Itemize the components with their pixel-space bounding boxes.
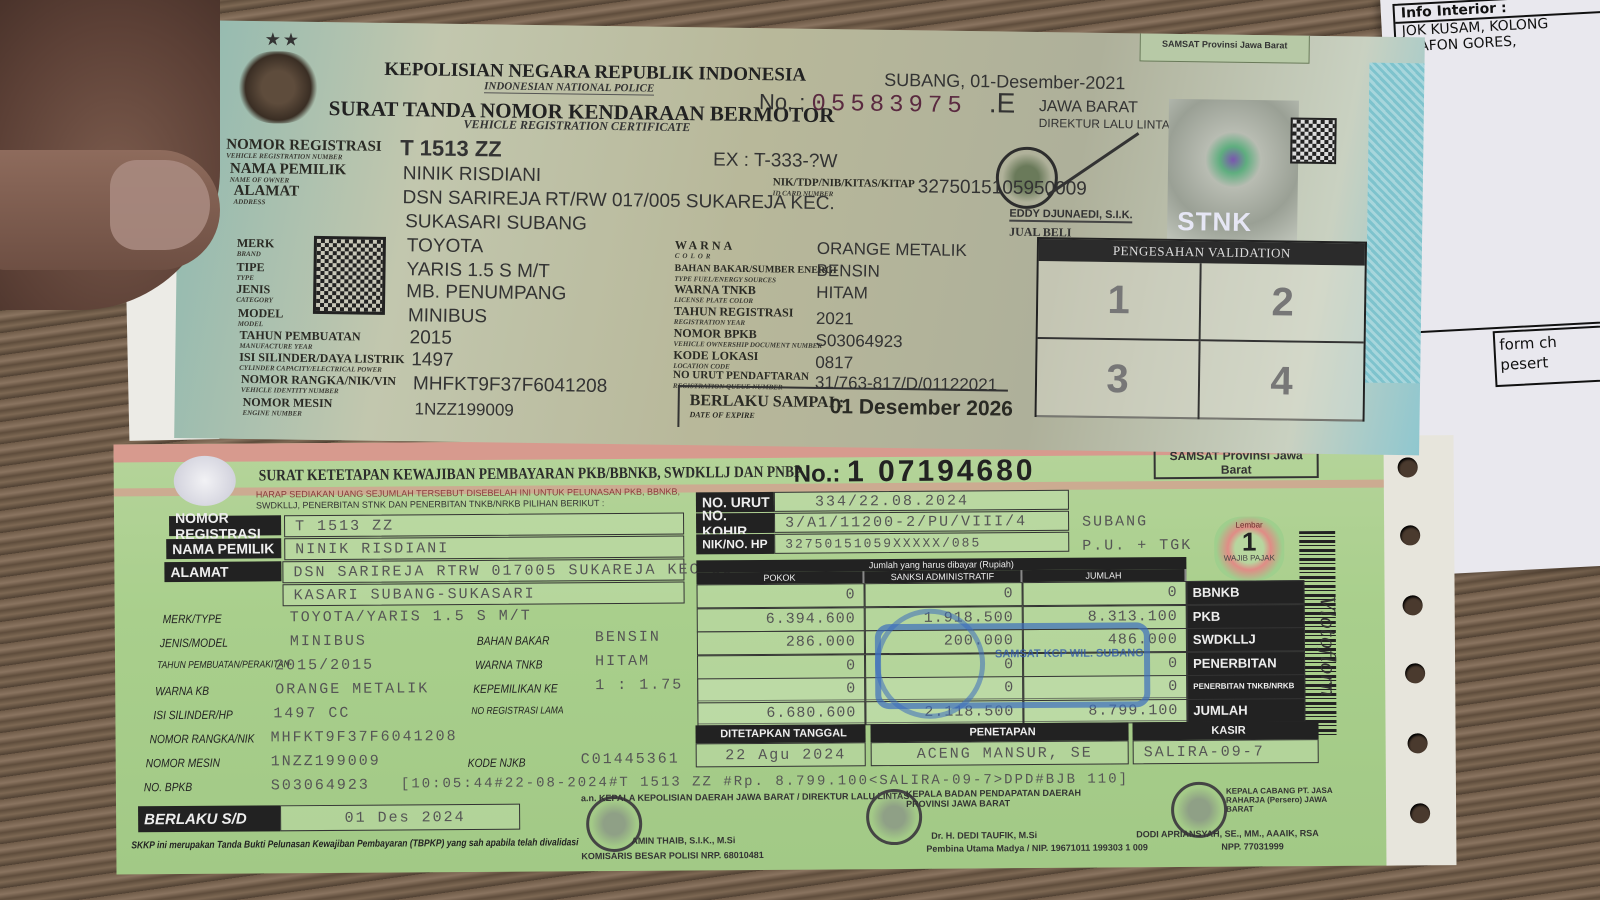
field-label: NOMOR REGISTRASI	[169, 515, 281, 536]
field-label: MERKBRAND	[237, 237, 275, 259]
plate-color-value: HITAM	[816, 283, 868, 304]
signer-name: EDDY DJUNAEDI, S.I.K.	[1009, 208, 1132, 224]
field-label: ISI SILINDER/DAYA LISTRIKCYLINDER CAPACI…	[239, 351, 404, 374]
signatory-title: a.n. KEPALA KEPOLISIAN DAERAH JAWA BARAT…	[581, 791, 909, 803]
validation-cell: 2	[1201, 263, 1365, 343]
cashier-code: SALIRA-09-7	[1133, 739, 1319, 764]
perforation-hole	[1405, 663, 1425, 683]
detail-value: S03064923	[271, 777, 370, 795]
detail-value: 1NZZ199009	[271, 753, 381, 771]
payment-row: 000BBNKB	[697, 581, 1197, 608]
field-label: NAMA PEMILIK	[166, 538, 281, 559]
detail-value: HITAM	[595, 653, 650, 670]
detail-label: NOMOR MESIN	[146, 756, 220, 771]
queue-number: 334/22.08.2024	[774, 490, 1069, 512]
detail-value: C01445361	[581, 751, 680, 769]
field-label: NAMA PEMILIKNAME OF OWNER	[230, 163, 347, 186]
address-line-2: KASARI SUBANG-SUKASARI	[282, 581, 684, 606]
signatory-name: Dr. H. DEDI TAUFIK, M.Si	[931, 830, 1037, 841]
footnote: SKKP ini merupakan Tanda Bukti Pelunasan…	[131, 837, 578, 851]
field-label: ALAMATADDRESS	[233, 185, 299, 207]
payment-pokok: 6.394.600	[697, 607, 865, 632]
qr-code-icon	[1290, 118, 1337, 165]
ex-plate: EX : T-333-?W	[713, 149, 838, 173]
field-label: BERLAKU S/D	[138, 805, 280, 832]
field-label: NOMOR REGISTRASIVEHICLE REGISTRATION NUM…	[226, 139, 382, 162]
category-value: MB. PENUMPANG	[406, 281, 566, 305]
payment-sanksi: 0	[865, 582, 1023, 607]
field-label: TAHUN REGISTRASIREGISTRATION YEAR	[674, 305, 794, 328]
cylinder-value: 1497	[411, 349, 454, 372]
field-label: TAHUN PEMBUATANMANUFACTURE YEAR	[239, 329, 360, 352]
manufacture-year-value: 2015	[409, 327, 452, 350]
detail-label: NO REGISTRASI LAMA	[471, 705, 563, 717]
detail-value: MINIBUS	[290, 633, 367, 651]
detail-value: 1497 CC	[273, 705, 350, 723]
detail-label: NOMOR RANGKA/NIK	[150, 731, 255, 746]
fuel-value: BENSIN	[816, 261, 880, 282]
hologram-label: STNK	[1177, 206, 1252, 238]
field-label: JENISCATEGORY	[236, 283, 273, 305]
expiry-date: 01 Desember 2026	[829, 395, 1013, 422]
detail-label: ISI SILINDER/HP	[153, 708, 232, 723]
type-value: YARIS 1.5 S M/T	[406, 259, 550, 283]
perforation-hole	[1410, 803, 1430, 823]
police-emblem-icon	[237, 51, 320, 124]
location: SUBANG	[1082, 513, 1148, 530]
field-label: ALAMAT	[164, 561, 281, 582]
registration-number: T 1513 ZZ	[400, 135, 502, 162]
registration-number: T 1513 ZZ	[284, 512, 684, 537]
payment-item-label: PKB	[1187, 604, 1305, 629]
field-label: NO. KOHIR	[696, 513, 774, 534]
place-date: SUBANG, 01-Desember-2021	[884, 70, 1125, 94]
signatory-id: Pembina Utama Madya / NIP. 19671011 1993…	[926, 842, 1148, 854]
org-title-en: INDONESIAN NATIONAL POLICE	[484, 80, 654, 95]
field-label: TIPETYPE	[236, 261, 264, 282]
validation-grid: PENGESAHAN VALIDATION 1 2 3 4	[1035, 237, 1367, 422]
stars-icon: ★★	[265, 29, 302, 51]
signatory-name: DODI APRIANSYAH, SE., MM., AAAIK, RSA	[1136, 828, 1319, 839]
payment-item-label: JUMLAH	[1187, 698, 1305, 723]
color-value: ORANGE METALIK	[817, 239, 967, 261]
signatory-title: KEPALA BADAN PENDAPATAN DAERAH PROVINSI …	[906, 788, 1086, 809]
assessor-name: ACENG MANSUR, SE	[871, 740, 1129, 766]
stnk-card: SAMSAT Provinsi Jawa Barat ★★ KEPOLISIAN…	[174, 20, 1425, 455]
field-label: NOMOR RANGKA/NIK/VINVEHICLE IDENTITY NUM…	[241, 373, 396, 396]
field-label: KODE LOKASILOCATION CODE	[673, 349, 758, 371]
validation-cell: 1	[1038, 261, 1202, 341]
skkp-title: SURAT KETETAPAN KEWAJIBAN PEMBAYARAN PKB…	[259, 464, 803, 486]
field-label: WARNACOLOR	[675, 239, 736, 261]
payment-pokok: 6.680.600	[697, 701, 865, 726]
bpkb-number-value: S03064923	[815, 331, 902, 352]
perforation-hole	[1408, 733, 1428, 753]
owner-name: NINIK RISDIANI	[403, 163, 542, 187]
validation-cell: 4	[1200, 341, 1364, 421]
signatory-id: KOMISARIS BESAR POLISI NRP. 68010481	[581, 850, 763, 861]
detail-label: TAHUN PEMBUATAN/PERAKITAN	[157, 659, 290, 671]
perforation-hole	[1398, 457, 1418, 477]
model-value: MINIBUS	[408, 305, 487, 328]
skkp-number: No.: 1 07194680	[794, 454, 1036, 490]
vin-value: MHFKT9F37F6041208	[413, 373, 608, 398]
security-pattern	[1365, 63, 1424, 384]
address-line-1: DSN SARIREJA RT/RW 017/005 SUKAREJA KEC.	[402, 187, 834, 215]
field-label: PENETAPAN	[870, 722, 1128, 742]
detail-value: 2015/2015	[275, 657, 374, 675]
field-label: NOMOR BPKBVEHICLE OWNERSHIP DOCUMENT NUM…	[673, 327, 822, 350]
nik-value: 3275015105950009	[918, 176, 1087, 200]
skkp-instruction: SWDKLLJ, PENERBITAN STNK DAN PENERBITAN …	[256, 498, 604, 510]
detail-label: NO. BPKB	[144, 780, 192, 794]
detail-label: JENIS/MODEL	[160, 636, 228, 650]
samsat-tab: SAMSAT Provinsi Jawa Barat	[1140, 31, 1310, 63]
number-value: 1 07194680	[847, 454, 1036, 488]
field-label: NIK/NO. HP	[696, 534, 774, 555]
issuer-region: JAWA BARAT	[1039, 98, 1138, 117]
detail-value: TOYOTA/YARIS 1.5 S M/T	[290, 608, 532, 627]
field-label: KASIR	[1132, 721, 1318, 740]
owner-name: NINIK RISDIANI	[284, 535, 684, 560]
field-label: MODELMODEL	[238, 307, 284, 329]
detail-value: 1 : 1.75	[595, 677, 683, 695]
detail-value: ORANGE METALIK	[275, 680, 429, 698]
field-label: DITETAPKAN TANGGAL	[695, 724, 865, 743]
skkp-document: SURAT KETETAPAN KEWAJIBAN PEMBAYARAN PKB…	[114, 436, 1397, 875]
number-label: No. :	[759, 89, 806, 115]
location-code: P.U. + TGK	[1082, 537, 1192, 555]
hologram-sticker-icon	[174, 456, 236, 506]
field-label: WARNA TNKBLICENSE PLATE COLOR	[674, 283, 756, 305]
detail-label: KODE NJKB	[468, 756, 526, 770]
signatory-title: KEPALA CABANG PT. JASA RAHARJA (Persero)…	[1226, 786, 1336, 814]
thumbnail	[110, 160, 210, 250]
signatory-name: AMIN THAIB, S.I.K., M.Si	[631, 835, 735, 846]
stamp-icon	[875, 622, 1151, 709]
brand-value: TOYOTA	[407, 235, 484, 258]
payment-pokok: 0	[697, 583, 865, 608]
column-header: SANKSI ADMINISTRATIF	[864, 570, 1022, 583]
copy-badge: Lembar 1 WAJIB PAJAK	[1214, 516, 1284, 580]
number-label: No.:	[794, 460, 841, 487]
payment-item-label: BBNKB	[1186, 580, 1304, 605]
field-label: NOMOR MESINENGINE NUMBER	[242, 396, 332, 418]
field-label: NIK/TDP/NIB/KITAS/KITAPID CARD NUMBER	[773, 176, 915, 199]
address-line-1: DSN SARIREJA RTRW 017005 SUKAREJA KEC SU…	[282, 558, 684, 583]
expiry-label: BERLAKU SAMPAI :DATE OF EXPIRE	[689, 392, 844, 421]
registration-year-value: 2021	[816, 309, 854, 330]
detail-label: WARNA TNKB	[475, 657, 543, 671]
location-code-value: 0817	[815, 353, 853, 374]
payment-jumlah: 0	[1022, 581, 1186, 606]
valid-until: 01 Des 2024	[280, 804, 520, 832]
detail-label: BAHAN BAKAR	[477, 633, 550, 648]
detail-value: BENSIN	[595, 629, 661, 646]
detail-value: MHFKT9F37F6041208	[271, 728, 458, 746]
perforation-hole	[1400, 525, 1420, 545]
handwritten-note: Vlotoflorn	[1316, 596, 1341, 697]
assessment-date: 22 Agu 2024	[696, 742, 866, 767]
signatory-id: NPP. 77031999	[1221, 841, 1283, 851]
qr-code-icon	[313, 236, 386, 315]
detail-label: WARNA KB	[155, 684, 209, 698]
document-title-en: VEHICLE REGISTRATION CERTIFICATE	[463, 117, 690, 135]
form-note-box: form ch pesert	[1493, 323, 1600, 387]
issuer-title: DIREKTUR LALU LINTAS	[1039, 116, 1178, 132]
perforation-hole	[1403, 595, 1423, 615]
number-value: 05583975	[811, 91, 967, 120]
payment-item-label: SWDKLLJ	[1187, 627, 1305, 652]
payment-pokok: 286.000	[697, 630, 865, 655]
address-line-2: SUKASARI SUBANG	[405, 211, 587, 236]
kohir-number: 3/A1/11200-2/PU/VIII/4	[774, 511, 1069, 533]
stamp-text: SAMSAT KCP WIL. SUBANG	[995, 647, 1144, 661]
nik-phone: 32750151059XXXXX/085	[774, 532, 1069, 554]
validation-cell: 3	[1037, 339, 1201, 419]
skkp-perforated-strip	[1383, 435, 1456, 865]
engine-number-value: 1NZZ199009	[414, 399, 514, 420]
detail-label: KEPEMILIKAN KE	[473, 681, 558, 696]
detail-label: MERK/TYPE	[163, 612, 222, 626]
